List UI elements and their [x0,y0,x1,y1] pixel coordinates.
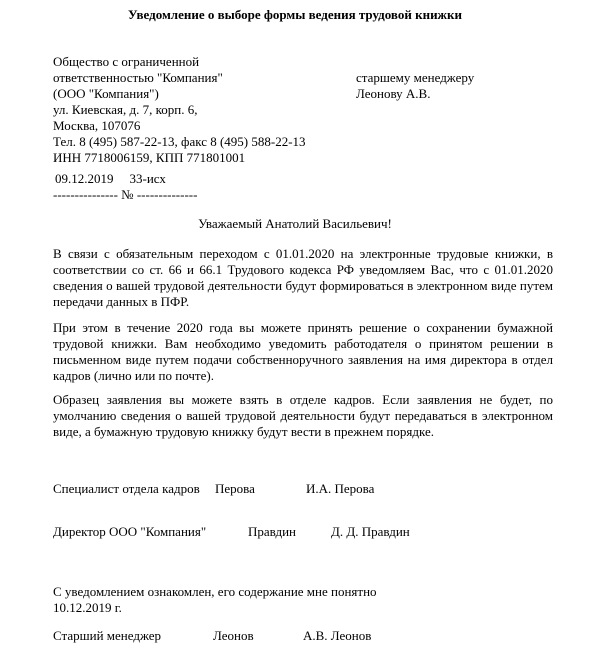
registration-date: 09.12.2019 [55,171,114,186]
sender-block: Общество с ограниченной ответственностью… [53,54,306,166]
sender-line: ул. Киевская, д. 7, корп. 6, [53,102,306,118]
sender-line: Тел. 8 (495) 587-22-13, факс 8 (495) 588… [53,134,306,150]
sender-line: Москва, 107076 [53,118,306,134]
registration-row: 09.12.201933-исх [55,171,166,187]
acknowledgement-date: 10.12.2019 г. [53,600,122,616]
signature-row: Старший менеджер Леонов А.В. Леонов [53,628,553,644]
signature-mark: Перова [215,481,255,497]
signature-mark: Леонов [213,628,254,644]
signature-row: Специалист отдела кадров Перова И.А. Пер… [53,481,553,497]
recipient-block: старшему менеджеру Леонову А.В. [356,70,474,102]
signature-row: Директор ООО "Компания" Правдин Д. Д. Пр… [53,524,553,540]
sender-line: ответственностью "Компания" [53,70,306,86]
greeting: Уважаемый Анатолий Васильевич! [0,216,590,232]
sender-line: ИНН 7718006159, КПП 771801001 [53,150,306,166]
paragraph: При этом в течение 2020 года вы можете п… [53,320,553,384]
registration-number: 33-исх [130,171,166,186]
paragraph: Образец заявления вы можете взять в отде… [53,392,553,440]
signature-name: И.А. Перова [306,481,374,497]
registration-underline: --------------- № -------------- [53,187,197,203]
signature-position: Специалист отдела кадров [53,481,200,497]
paragraph: В связи с обязательным переходом с 01.01… [53,246,553,310]
signature-name: А.В. Леонов [303,628,371,644]
sender-line: (ООО "Компания") [53,86,306,102]
signature-name: Д. Д. Правдин [331,524,410,540]
acknowledgement-text: С уведомлением ознакомлен, его содержани… [53,584,377,600]
recipient-line: старшему менеджеру [356,70,474,86]
document-title: Уведомление о выборе формы ведения трудо… [0,7,590,23]
recipient-line: Леонову А.В. [356,86,474,102]
sender-line: Общество с ограниченной [53,54,306,70]
signature-position: Директор ООО "Компания" [53,524,206,540]
signature-position: Старший менеджер [53,628,161,644]
signature-mark: Правдин [248,524,296,540]
